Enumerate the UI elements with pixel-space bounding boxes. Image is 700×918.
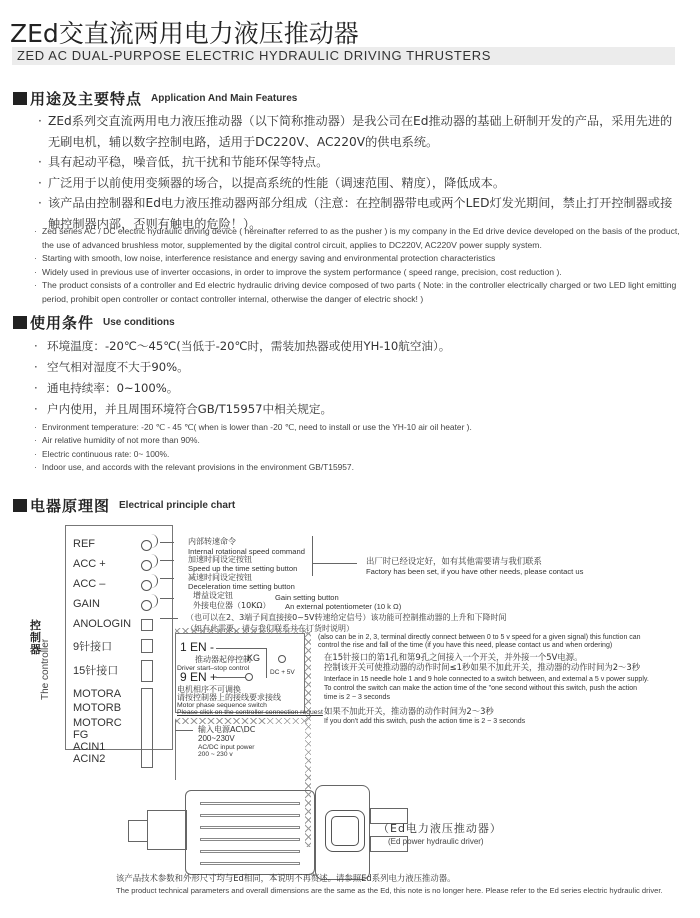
hydraulic-driver-drawing — [125, 780, 415, 885]
analog-label-cn-1: （也可以在2、3端子间直接接0~5V转速给定信号）该功能可控制推动器的上升和下降… — [186, 613, 507, 622]
terminal-15pin: 15针接口 — [73, 662, 118, 678]
electrical-diagram: 控制器 The controller REF ACC + ACC – GAIN … — [0, 520, 700, 850]
terminal-anologin: ANOLOGIN — [73, 618, 131, 630]
pot-label-en: An external potentiometer (10 k Ω) — [285, 602, 401, 611]
list-item: 广泛用于以前使用变频器的场合，以提高系统的性能（调速范围、精度），降低成本。 — [38, 173, 678, 194]
footer-note-cn: 该产品技术参数和外形尺寸均与Ed相同，本说明不再赘述。请参照Ed系列电力液压推动… — [116, 872, 455, 884]
accm-label-cn: 减速时间设定按钮 — [188, 573, 252, 582]
15pin-port-icon — [141, 660, 153, 682]
factory-label-en: Factory has been set, if you have other … — [366, 567, 583, 576]
wire-line — [266, 648, 267, 678]
cooling-fin — [200, 826, 300, 829]
terminal-acin2: ACIN2 — [73, 753, 105, 765]
leader-line — [312, 563, 357, 564]
shaft-icon — [128, 820, 148, 842]
list-item: 通电持续率：0~100%。 — [34, 378, 654, 399]
leader-line — [175, 730, 193, 731]
section-title-en: Application And Main Features — [151, 93, 297, 104]
noswitch-label-cn: 如果不加此开关，推动器的动作时间为2～3秒 — [324, 707, 494, 716]
kg-label: KG — [247, 654, 260, 663]
features-list-en: Zed series AC / DC electric hydraulic dr… — [34, 225, 684, 306]
square-bullet-icon — [13, 499, 27, 512]
terminal-acc-minus: ACC – — [73, 578, 105, 590]
controller-label-en: The controller — [40, 639, 51, 700]
switch-label-en-1: Interface in 15 needle hole 1 and 9 hole… — [324, 675, 649, 684]
accp-label-cn: 加速时间设定按钮 — [188, 555, 252, 564]
leader-line — [160, 578, 174, 579]
section-title-en: Electrical principle chart — [119, 500, 235, 511]
page-subtitle: ZED AC DUAL-PURPOSE ELECTRIC HYDRAULIC D… — [17, 48, 491, 63]
wire-harness — [175, 718, 310, 724]
accp-label-en: Speed up the time setting button — [188, 564, 297, 573]
motor-port-icon — [141, 688, 153, 768]
terminal-motora: MOTORA — [73, 688, 121, 700]
list-item: 空气相对湿度不大于90%。 — [34, 357, 654, 378]
en1-label: 1 EN - — [180, 640, 214, 654]
list-item: ZEd系列交直流两用电力液压推动器（以下简称推动器）是我公司在Ed推动器的基础上… — [38, 111, 678, 152]
cooling-fin — [200, 862, 300, 865]
section-title-cn: 用途及主要特点 — [30, 88, 142, 109]
terminal-fg: FG — [73, 729, 88, 741]
conditions-list-cn: 环境温度：-20℃～45℃(当低于-20℃时，需装加热器或使用YH-10航空油）… — [34, 336, 654, 420]
switch-label-cn-2: 控制该开关可使推动器的动作时间≤1秒如果不加此开关，推动器的动作时间为2～3秒 — [324, 663, 640, 672]
leader-line — [160, 560, 174, 561]
terminal-motorc: MOTORC — [73, 717, 122, 729]
power-terminal-icon — [278, 655, 286, 663]
terminal-motorb: MOTORB — [73, 702, 121, 714]
gain-label-en: Gain setting button — [275, 593, 339, 602]
switch-contact-icon — [245, 673, 253, 681]
list-item: Indoor use, and accords with the relevan… — [34, 461, 654, 474]
cooling-fin — [200, 814, 300, 817]
list-item: Starting with smooth, low noise, interfe… — [34, 252, 684, 266]
leader-line — [160, 598, 174, 599]
cooling-fin — [200, 850, 300, 853]
terminal-gain: GAIN — [73, 598, 100, 610]
ref-label-cn: 内部转速命令 — [188, 537, 236, 546]
terminal-acin1: ACIN1 — [73, 741, 105, 753]
factory-label-cn: 出厂时已经设定好，如有其他需要请与我们联系 — [366, 557, 542, 566]
terminal-9pin: 9针接口 — [73, 638, 112, 654]
analog-label-en-2: control the rise and fall of the time (i… — [318, 641, 612, 650]
bracket-line — [312, 536, 313, 576]
terminal-acc-plus: ACC + — [73, 558, 106, 570]
list-item: Electric continuous rate: 0~ 100%. — [34, 448, 654, 461]
list-item: 具有起动平稳，噪音低，抗干扰和节能环保等特点。 — [38, 152, 678, 173]
switch-label-en-3: time is 2 ~ 3 seconds — [324, 693, 390, 702]
driver-label-cn: （Ed电力液压推动器） — [378, 820, 502, 836]
cooling-fin — [200, 838, 300, 841]
leader-line — [160, 618, 178, 619]
list-item: Widely used in previous use of inverter … — [34, 266, 684, 280]
switch-label-en-2: To control the switch can make the actio… — [324, 684, 637, 693]
pump-cover-inner-icon — [331, 816, 359, 846]
section-title-cn: 电器原理图 — [30, 495, 110, 516]
terminal-ref: REF — [73, 538, 95, 550]
shaft-housing-icon — [147, 810, 187, 850]
list-item: Zed series AC / DC electric hydraulic dr… — [34, 225, 684, 252]
conditions-list-en: Environment temperature: -20 ℃ - 45 ℃( w… — [34, 421, 654, 475]
anologin-port-icon — [141, 619, 153, 631]
wire-line — [216, 677, 246, 678]
square-bullet-icon — [13, 316, 27, 329]
noswitch-label-en: If you don't add this switch, push the a… — [324, 717, 525, 726]
dc5v-label: DC + 5V — [270, 668, 295, 677]
startstop-label-cn: 推动器起停控制 — [195, 655, 251, 664]
phase-label-en-2[interactable]: Please click on the controller connectio… — [177, 708, 323, 717]
footer-note-en: The product technical parameters and ove… — [116, 886, 663, 895]
section-title-en: Use conditions — [103, 317, 175, 328]
section-title-cn: 使用条件 — [30, 312, 94, 333]
features-list-cn: ZEd系列交直流两用电力液压推动器（以下简称推动器）是我公司在Ed推动器的基础上… — [38, 111, 678, 234]
input-label-cn: 输入电源AC\DC — [198, 725, 255, 734]
list-item: The product consists of a controller and… — [34, 279, 684, 306]
power-box — [175, 720, 176, 780]
driver-label-en: (Ed power hydraulic driver) — [388, 837, 484, 846]
list-item: 户内使用，并且周围环境符合GB/T15957中相关规定。 — [34, 399, 654, 420]
cooling-fin — [200, 802, 300, 805]
9pin-port-icon — [141, 639, 153, 653]
section-heading-features: 用途及主要特点 Application And Main Features — [13, 88, 297, 109]
pot-label-cn: 外接电位器（10KΩ） — [193, 601, 271, 610]
square-bullet-icon — [13, 92, 27, 105]
section-heading-conditions: 使用条件 Use conditions — [13, 312, 175, 333]
section-heading-electrical: 电器原理图 Electrical principle chart — [13, 495, 235, 516]
leader-line — [160, 542, 174, 543]
input-voltage: 200~230V — [198, 734, 235, 743]
list-item: Environment temperature: -20 ℃ - 45 ℃( w… — [34, 421, 654, 434]
input-voltage-en: 200 ~ 230 v — [198, 750, 233, 759]
switch-label-cn-1: 在15针接口的第1孔和第9孔之间接入一个开关，并外接一个5V电源。 — [324, 653, 583, 662]
accm-label-en: Deceleration time setting button — [188, 582, 295, 591]
startstop-label-en: Driver start–stop control — [177, 664, 249, 673]
wire-line — [216, 648, 266, 649]
gain-label-cn: 增益设定钮 — [193, 591, 233, 600]
list-item: 环境温度：-20℃～45℃(当低于-20℃时，需装加热器或使用YH-10航空油）… — [34, 336, 654, 357]
page-title: ZEd交直流两用电力液压推动器 — [10, 14, 359, 50]
list-item: Air relative humidity of not more than 9… — [34, 434, 654, 447]
